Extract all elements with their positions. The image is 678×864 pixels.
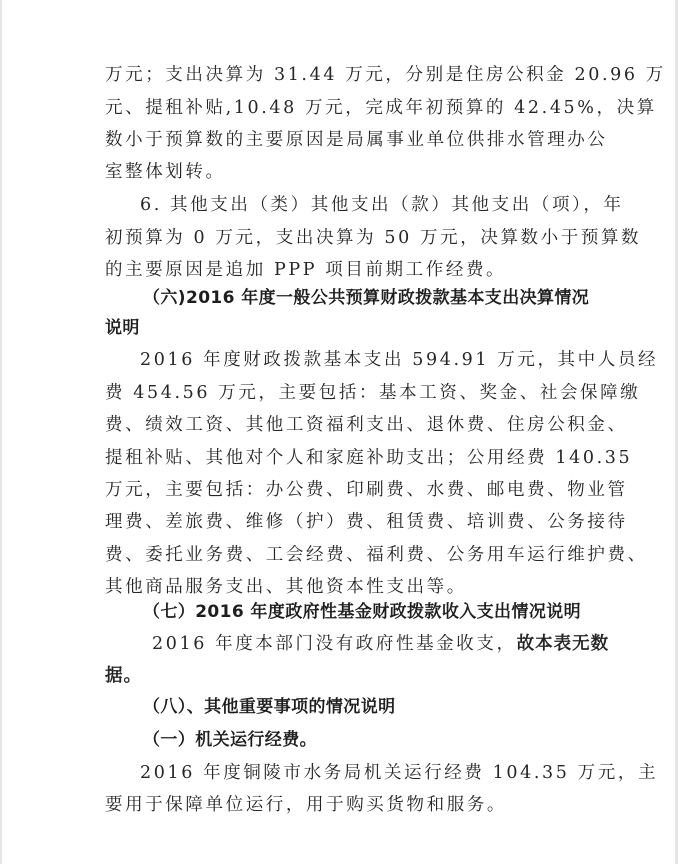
paragraph-text-bold: 故本表无数 (517, 634, 610, 654)
paragraph-line: 费 454.56 万元，主要包括：基本工资、奖金、社会保障缴 (105, 378, 575, 408)
section-heading-7: （七）2016 年度政府性基金财政拨款收入支出情况说明 (143, 597, 578, 627)
paragraph-line: 费、委托业务费、工会经费、福利费、公务用车运行维护费、 (105, 540, 575, 570)
paragraph-line-mixed: 据。 (105, 661, 575, 691)
paragraph-line: 2016 年度财政拨款基本支出 594.91 万元，其中人员经 (140, 345, 575, 375)
paragraph-text-bold: 据。 (105, 666, 142, 686)
paragraph-line: 万元；支出决算为 31.44 万元，分别是住房公积金 20.96 万 (105, 60, 575, 90)
paragraph-line: 元、提租补贴,10.48 万元，完成年初预算的 42.45%，决算 (105, 93, 575, 123)
paragraph-line: 要用于保障单位运行，用于购买货物和服务。 (105, 790, 575, 820)
section-heading-8: （八）、其他重要事项的情况说明 (143, 692, 578, 722)
paragraph-line-mixed: 2016 年度本部门没有政府性基金收支，故本表无数 (152, 629, 575, 659)
paragraph-line: 理费、差旅费、维修（护）费、租赁费、培训费、公务接待 (105, 507, 575, 537)
document-page: 万元；支出决算为 31.44 万元，分别是住房公积金 20.96 万 元、提租补… (0, 0, 678, 864)
section-heading-6-cont: 说明 (105, 313, 575, 343)
paragraph-line: 室整体划转。 (105, 157, 575, 187)
paragraph-line: 数小于预算数的主要原因是局属事业单位供排水管理办公 (105, 125, 575, 155)
paragraph-line: 提租补贴、其他对个人和家庭补助支出；公用经费 140.35 (105, 443, 575, 473)
paragraph-line: 费、绩效工资、其他工资福利支出、退休费、住房公积金、 (105, 410, 575, 440)
paragraph-text-normal: 2016 年度本部门没有政府性基金收支， (152, 634, 517, 654)
subsection-heading-1: （一）机关运行经费。 (143, 725, 578, 755)
paragraph-line: 初预算为 0 万元，支出决算为 50 万元，决算数小于预算数 (105, 223, 575, 253)
paragraph-line: 2016 年度铜陵市水务局机关运行经费 104.35 万元，主 (140, 758, 575, 788)
paragraph-line: 6. 其他支出（类）其他支出（款）其他支出（项），年 (140, 190, 575, 220)
paragraph-line: 万元，主要包括：办公费、印刷费、水费、邮电费、物业管 (105, 475, 575, 505)
paragraph-line: 的主要原因是追加 PPP 项目前期工作经费。 (105, 255, 575, 285)
section-heading-6: （六)2016 年度一般公共预算财政拨款基本支出决算情况 (143, 283, 578, 313)
